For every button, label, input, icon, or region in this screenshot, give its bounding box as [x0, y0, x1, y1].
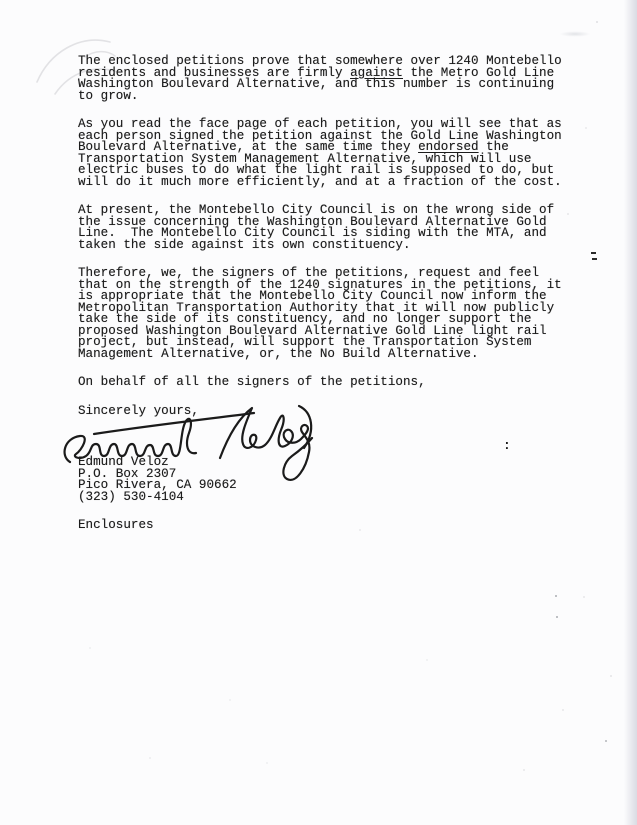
closing-paragraph: Sincerely yours, — [78, 406, 593, 418]
scan-edge-shadow — [624, 0, 637, 825]
letter-paragraphs: The enclosed petitions prove that somewh… — [78, 56, 593, 360]
paragraph: Therefore, we, the signers of the petiti… — [78, 268, 593, 360]
text-line: Management Alternative, or, the No Build… — [78, 349, 593, 361]
scanned-letter-page: The enclosed petitions prove that somewh… — [0, 0, 637, 825]
paragraph: At present, the Montebello City Council … — [78, 205, 593, 251]
signature-block: Edmund Veloz P.O. Box 2307 Pico Rivera, … — [78, 457, 593, 503]
on-behalf-line: On behalf of all the signers of the peti… — [78, 377, 593, 389]
paragraph: As you read the face page of each petiti… — [78, 119, 593, 188]
text-line: will do it much more efficiently, and at… — [78, 177, 593, 189]
edge-dash-mark — [591, 252, 596, 254]
text-line: Washington Boulevard Alternative, and th… — [78, 79, 593, 91]
text-line: to grow. — [78, 91, 593, 103]
stray-colon-mark: : — [503, 440, 511, 452]
signer-phone: (323) 530-4104 — [78, 492, 593, 504]
enclosures-paragraph: Enclosures — [78, 520, 593, 532]
text-line: taken the side against its own constitue… — [78, 240, 593, 252]
enclosures-line: Enclosures — [78, 520, 593, 532]
letter-body: The enclosed petitions prove that somewh… — [78, 56, 593, 549]
closing-line: Sincerely yours, — [78, 406, 593, 418]
on-behalf-paragraph: On behalf of all the signers of the peti… — [78, 377, 593, 389]
paragraph: The enclosed petitions prove that somewh… — [78, 56, 593, 102]
